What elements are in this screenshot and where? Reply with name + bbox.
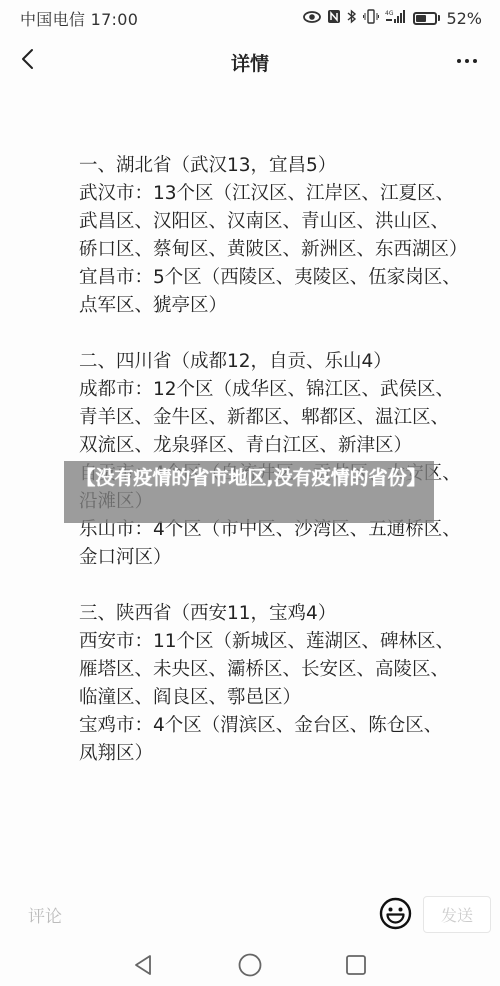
clock: 17:00 xyxy=(91,10,139,29)
text-line: 西安市：11个区（新城区、莲湖区、碑林区、 xyxy=(79,628,479,656)
title-overlay-banner: 【没有疫情的省市地区,没有疫情的省份】 xyxy=(64,461,434,523)
text-line: 雁塔区、未央区、灞桥区、长安区、高陵区、 xyxy=(79,656,479,684)
send-button[interactable]: 发送 xyxy=(423,896,491,933)
section-heading: 一、湖北省（武汉13，宜昌5） xyxy=(79,152,479,180)
text-line: 宝鸡市：4个区（渭滨区、金台区、陈仓区、 xyxy=(79,712,479,740)
text-line: 点军区、猇亭区） xyxy=(79,292,479,320)
vibrate-icon xyxy=(363,9,379,27)
system-recents-button[interactable] xyxy=(341,952,371,982)
system-back-button[interactable] xyxy=(128,952,158,982)
text-line: 临潼区、阎良区、鄠邑区） xyxy=(79,684,479,712)
chevron-left-icon xyxy=(20,48,34,74)
more-dot xyxy=(473,59,477,63)
more-options-button[interactable] xyxy=(452,48,482,74)
overlay-title: 【没有疫情的省市地区,没有疫情的省份】 xyxy=(76,467,425,489)
more-dots-icon xyxy=(457,59,461,63)
nav-bar: 详情 xyxy=(0,36,500,88)
system-nav-bar xyxy=(0,952,500,986)
text-line: 宜昌市：5个区（西陵区、夷陵区、伍家岗区、 xyxy=(79,264,479,292)
status-left: 中国电信 17:00 xyxy=(20,7,138,30)
status-bar: 中国电信 17:00 4G 52% xyxy=(0,0,500,36)
text-line: 双流区、龙泉驿区、青白江区、新津区） xyxy=(79,432,479,460)
battery-icon xyxy=(413,12,440,25)
system-home-button[interactable] xyxy=(235,952,265,982)
bluetooth-icon xyxy=(347,9,357,27)
text-line: 金口河区） xyxy=(79,544,479,572)
eye-icon xyxy=(303,11,321,26)
back-triangle-icon xyxy=(132,954,154,980)
text-line: 青羊区、金牛区、新都区、郫都区、温江区、 xyxy=(79,404,479,432)
home-circle-icon xyxy=(238,953,262,981)
section-hubei: 一、湖北省（武汉13，宜昌5） 武汉市：13个区（江汉区、江岸区、江夏区、 武昌… xyxy=(79,152,479,320)
more-dot xyxy=(465,59,469,63)
back-button[interactable] xyxy=(12,46,42,76)
text-line: 武昌区、汉阳区、汉南区、青山区、洪山区、 xyxy=(79,208,479,236)
battery-percent: 52% xyxy=(446,9,482,28)
text-line: 成都市：12个区（成华区、锦江区、武侯区、 xyxy=(79,376,479,404)
status-right: 4G 52% xyxy=(303,9,482,28)
text-line: 凤翔区） xyxy=(79,740,479,768)
recents-square-icon xyxy=(345,954,367,980)
section-sichuan: 二、四川省（成都12，自贡、乐山4） 成都市：12个区（成华区、锦江区、武侯区、… xyxy=(79,348,479,572)
comment-bar: 评论 发送 xyxy=(0,890,500,940)
emoji-button[interactable] xyxy=(379,897,412,930)
page-title: 详情 xyxy=(231,49,269,76)
comment-input[interactable]: 评论 xyxy=(28,902,62,927)
nfc-icon xyxy=(327,9,341,27)
svg-text:4G: 4G xyxy=(385,10,394,17)
section-heading: 二、四川省（成都12，自贡、乐山4） xyxy=(79,348,479,376)
carrier-label: 中国电信 xyxy=(20,10,85,29)
section-heading: 三、陕西省（西安11，宝鸡4） xyxy=(79,600,479,628)
text-line: 硚口区、蔡甸区、黄陂区、新洲区、东西湖区） xyxy=(79,236,479,264)
section-shaanxi: 三、陕西省（西安11，宝鸡4） 西安市：11个区（新城区、莲湖区、碑林区、 雁塔… xyxy=(79,600,479,768)
smiley-icon xyxy=(379,915,412,934)
text-line: 武汉市：13个区（江汉区、江岸区、江夏区、 xyxy=(79,180,479,208)
signal-4g-icon: 4G xyxy=(385,9,407,27)
